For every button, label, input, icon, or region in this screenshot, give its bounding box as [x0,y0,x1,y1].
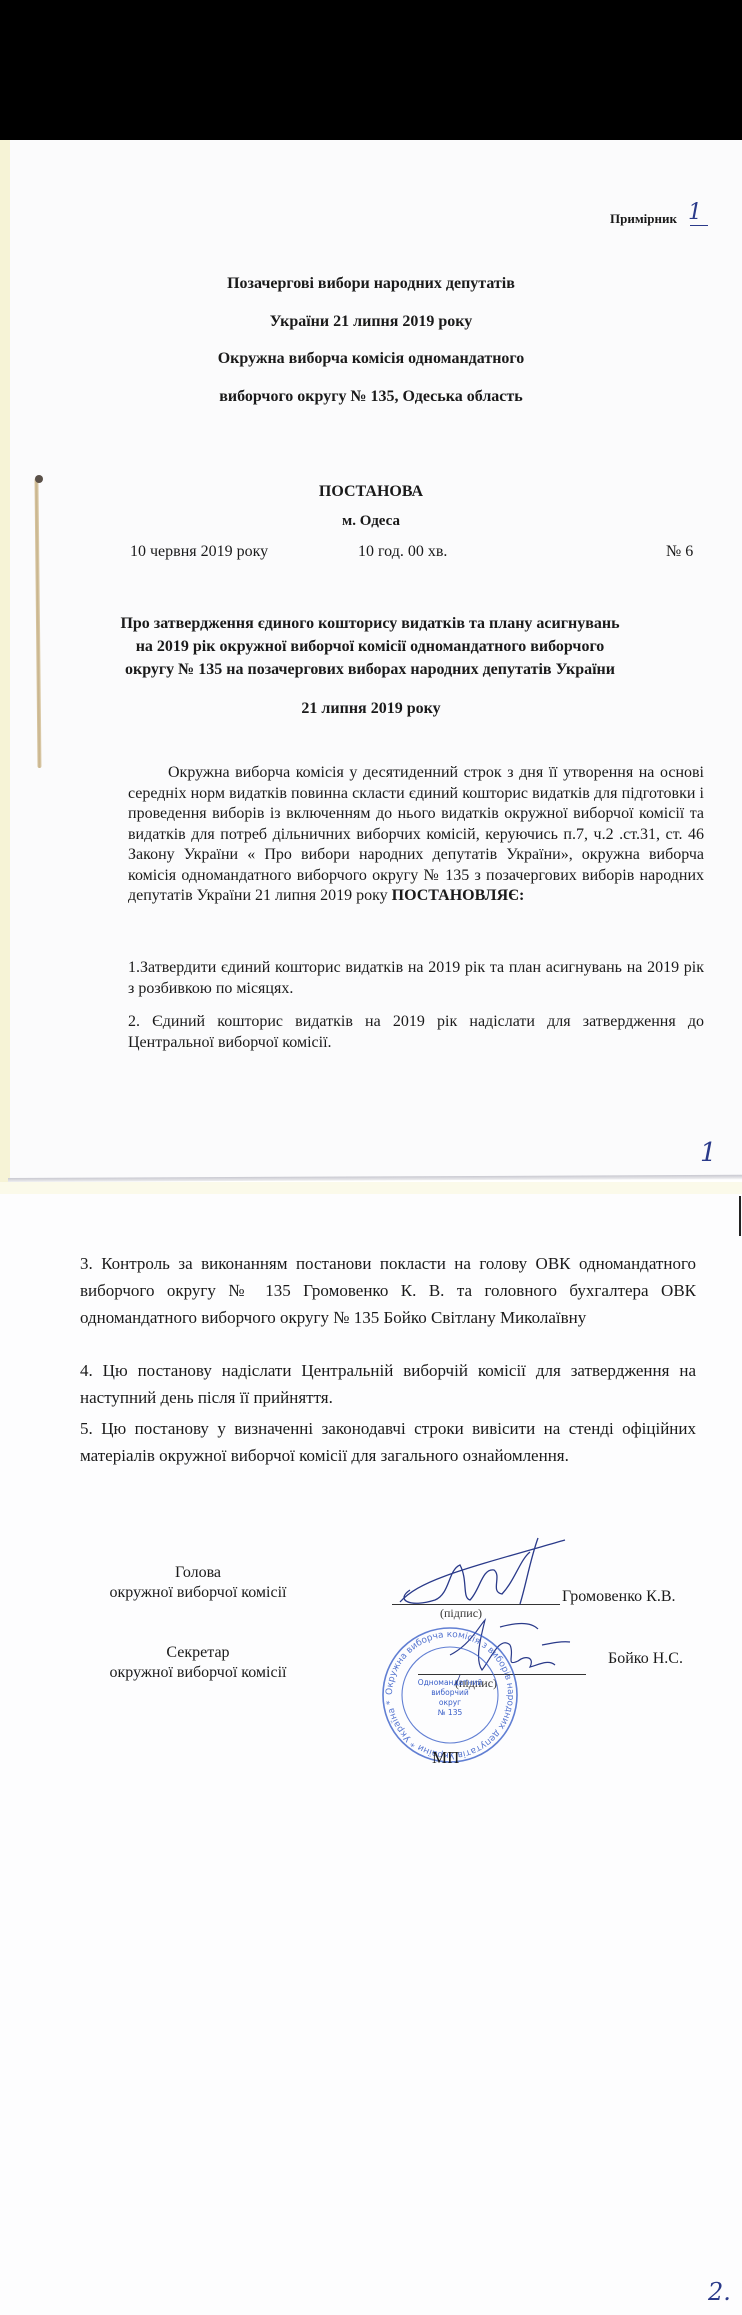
copy-number-handwritten: 1 [688,200,702,225]
secretary-name: Бойко Н.С. [608,1650,683,1668]
scan-black-margin [0,0,742,140]
chairman-role-title: Голова [88,1563,308,1583]
page-number-1-handwritten: 1 [700,1138,717,1168]
chairman-role: Голова окружної виборчої комісії [88,1563,308,1603]
official-stamp-icon: Окружна виборча комісія з виборів народн… [380,1625,520,1765]
stamp-inner-line-4: № 135 [438,1708,463,1717]
resolution-time: 10 год. 00 хв. [358,543,447,561]
page-gap [0,1182,742,1194]
resolution-date: 10 червня 2019 року [130,543,268,561]
secretary-role-title: Секретар [88,1643,308,1663]
page-edge [0,140,10,1190]
header-line-3: Окружна виборча комісія одномандатного [0,350,742,368]
resolves-keyword: ПОСТАНОВЛЯЄ: [392,887,525,904]
preamble-paragraph: Окружна виборча комісія у десятиденний с… [128,763,704,907]
preamble-text: Окружна виборча комісія у десятиденний с… [128,764,704,904]
chairman-name: Громовенко К.В. [562,1588,676,1606]
item-3: 3. Контроль за виконанням постанови покл… [80,1250,696,1331]
secretary-role: Секретар окружної виборчої комісії [88,1643,308,1683]
stamp-inner-line-2: виборчий [431,1688,469,1697]
chairman-role-org: окружної виборчої комісії [88,1583,308,1603]
item-2: 2. Єдиний кошторис видатків на 2019 рік … [128,1012,704,1053]
item-5: 5. Цю постанову у визначенні законодавчі… [80,1415,696,1469]
header-line-1: Позачергові вибори народних депутатів [0,275,742,293]
document-type: ПОСТАНОВА [0,483,742,501]
resolution-number: № 6 [666,543,693,561]
chairman-signature-icon [390,1530,570,1620]
binding-knot [35,475,43,483]
seal-label: МП [432,1748,459,1768]
page-edge-mark [739,1196,741,1236]
header-line-4: виборчого округу № 135, Одеська область [0,388,742,406]
stamp-inner-line-3: округ [439,1698,461,1707]
copy-label: Примірник [610,211,677,227]
resolution-title-date: 21 липня 2019 року [0,700,742,718]
copy-number-underline [690,225,708,226]
resolution-title: Про затвердження єдиного кошторису видат… [110,612,630,681]
header-line-2: України 21 липня 2019 року [0,313,742,331]
page-number-2-handwritten: 2. [708,2278,731,2306]
city: м. Одеса [0,513,742,530]
item-4: 4. Цю постанову надіслати Центральній ви… [80,1357,696,1411]
secretary-role-org: окружної виборчої комісії [88,1663,308,1683]
item-1: 1.Затвердити єдиний кошторис видатків на… [128,958,704,999]
stamp-inner-line-1: Одномандатний [418,1678,483,1687]
